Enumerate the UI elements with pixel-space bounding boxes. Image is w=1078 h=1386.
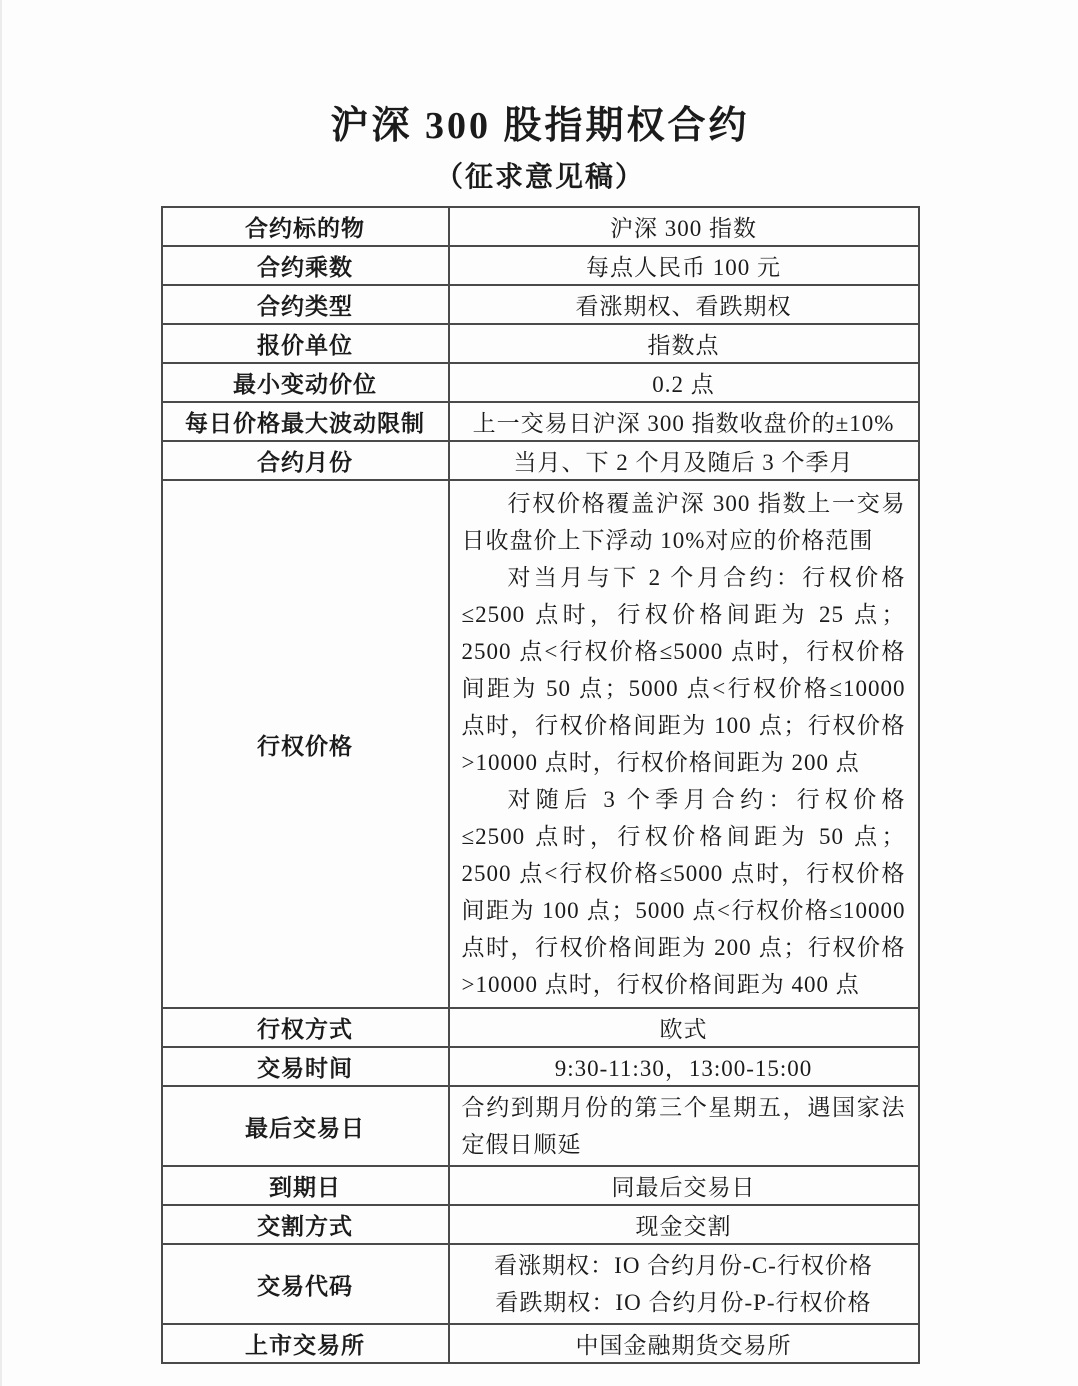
row-label: 交易时间	[162, 1047, 449, 1086]
table-row-contract-months: 合约月份 当月、下 2 个月及随后 3 个季月	[162, 441, 919, 480]
strike-paragraph-1: 行权价格覆盖沪深 300 指数上一交易日收盘价上下浮动 10%对应的价格范围	[462, 485, 906, 559]
contract-spec-table: 合约标的物 沪深 300 指数 合约乘数 每点人民币 100 元 合约类型 看涨…	[161, 206, 920, 1364]
row-label: 最后交易日	[162, 1086, 449, 1166]
document-page: 沪深 300 股指期权合约 （征求意见稿） 合约标的物 沪深 300 指数 合约…	[2, 0, 1078, 1364]
table-row-min-tick: 最小变动价位 0.2 点	[162, 363, 919, 402]
row-label: 报价单位	[162, 324, 449, 363]
row-value: 沪深 300 指数	[449, 207, 919, 246]
row-value: 看涨期权：IO 合约月份-C-行权价格 看跌期权：IO 合约月份-P-行权价格	[449, 1244, 919, 1324]
call-code-line: 看涨期权：IO 合约月份-C-行权价格	[458, 1247, 910, 1284]
put-code-line: 看跌期权：IO 合约月份-P-行权价格	[458, 1284, 910, 1321]
row-value: 9:30-11:30，13:00-15:00	[449, 1047, 919, 1086]
row-value: 0.2 点	[449, 363, 919, 402]
row-label: 合约标的物	[162, 207, 449, 246]
row-value: 欧式	[449, 1008, 919, 1047]
row-label: 行权价格	[162, 480, 449, 1008]
row-value: 中国金融期货交易所	[449, 1324, 919, 1363]
table-row-strike-price: 行权价格 行权价格覆盖沪深 300 指数上一交易日收盘价上下浮动 10%对应的价…	[162, 480, 919, 1008]
row-value: 上一交易日沪深 300 指数收盘价的±10%	[449, 402, 919, 441]
table-row-last-trading-day: 最后交易日 合约到期月份的第三个星期五，遇国家法定假日顺延	[162, 1086, 919, 1166]
table-row-trading-hours: 交易时间 9:30-11:30，13:00-15:00	[162, 1047, 919, 1086]
row-label: 上市交易所	[162, 1324, 449, 1363]
row-value: 合约到期月份的第三个星期五，遇国家法定假日顺延	[449, 1086, 919, 1166]
table-row-quote-unit: 报价单位 指数点	[162, 324, 919, 363]
table-row-listing-exchange: 上市交易所 中国金融期货交易所	[162, 1324, 919, 1363]
table-row-expiry-date: 到期日 同最后交易日	[162, 1166, 919, 1205]
row-label: 到期日	[162, 1166, 449, 1205]
row-value: 同最后交易日	[449, 1166, 919, 1205]
table-row-multiplier: 合约乘数 每点人民币 100 元	[162, 246, 919, 285]
row-value: 现金交割	[449, 1205, 919, 1244]
table-row-underlying: 合约标的物 沪深 300 指数	[162, 207, 919, 246]
page-subtitle: （征求意见稿）	[2, 162, 1078, 194]
page-title: 沪深 300 股指期权合约	[2, 104, 1078, 148]
row-value: 看涨期权、看跌期权	[449, 285, 919, 324]
row-value: 当月、下 2 个月及随后 3 个季月	[449, 441, 919, 480]
row-value: 行权价格覆盖沪深 300 指数上一交易日收盘价上下浮动 10%对应的价格范围 对…	[449, 480, 919, 1008]
row-label: 交易代码	[162, 1244, 449, 1324]
row-label: 行权方式	[162, 1008, 449, 1047]
row-value: 指数点	[449, 324, 919, 363]
table-row-settlement-method: 交割方式 现金交割	[162, 1205, 919, 1244]
table-row-exercise-style: 行权方式 欧式	[162, 1008, 919, 1047]
row-label: 合约类型	[162, 285, 449, 324]
strike-paragraph-3: 对随后 3 个季月合约：行权价格≤2500 点时，行权价格间距为 50 点；25…	[462, 781, 906, 1003]
row-label: 交割方式	[162, 1205, 449, 1244]
row-label: 合约乘数	[162, 246, 449, 285]
strike-paragraph-2: 对当月与下 2 个月合约：行权价格≤2500 点时，行权价格间距为 25 点；2…	[462, 559, 906, 781]
table-row-contract-type: 合约类型 看涨期权、看跌期权	[162, 285, 919, 324]
row-value: 每点人民币 100 元	[449, 246, 919, 285]
row-label: 合约月份	[162, 441, 449, 480]
table-row-ticker-code: 交易代码 看涨期权：IO 合约月份-C-行权价格 看跌期权：IO 合约月份-P-…	[162, 1244, 919, 1324]
row-label: 每日价格最大波动限制	[162, 402, 449, 441]
table-row-daily-limit: 每日价格最大波动限制 上一交易日沪深 300 指数收盘价的±10%	[162, 402, 919, 441]
row-label: 最小变动价位	[162, 363, 449, 402]
